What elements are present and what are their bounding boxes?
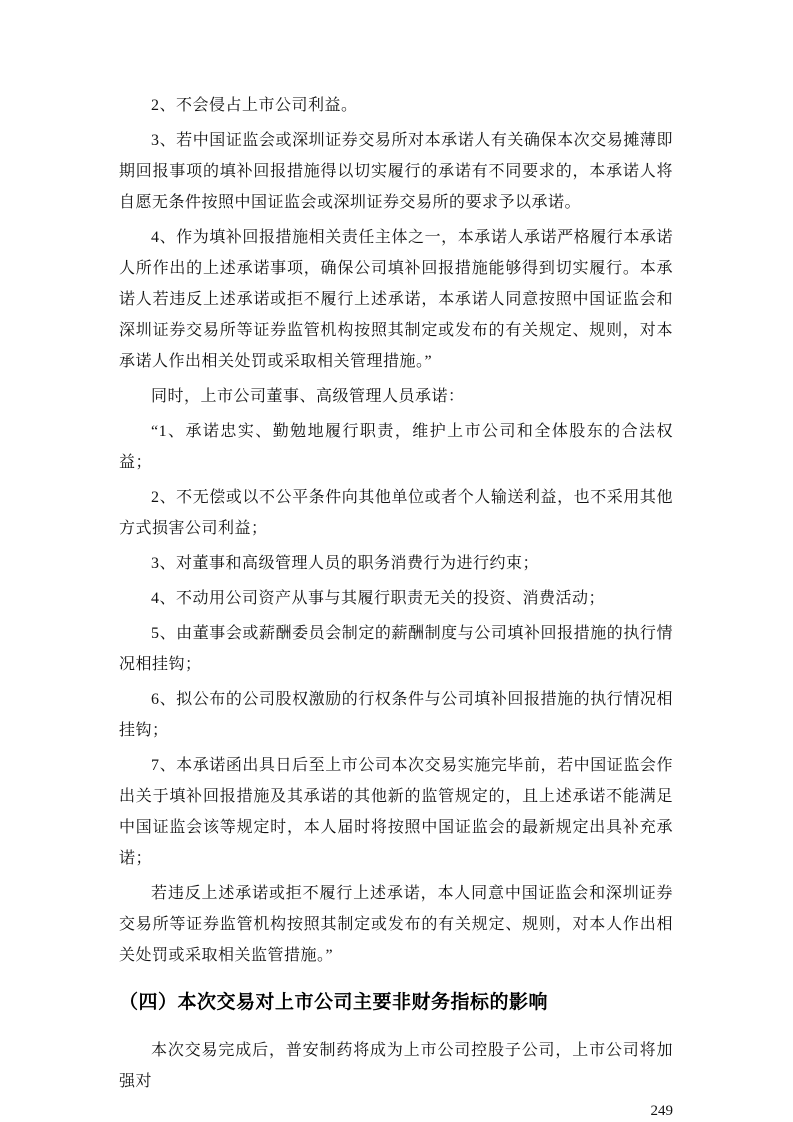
closing-paragraph: 本次交易完成后，普安制药将成为上市公司控股子公司，上市公司将加强对	[119, 1035, 673, 1097]
body-paragraph: 7、本承诺函出具日后至上市公司本次交易实施完毕前，若中国证监会作出关于填补回报措…	[119, 750, 673, 874]
body-paragraph: “1、承诺忠实、勤勉地履行职责，维护上市公司和全体股东的合法权益；	[119, 416, 673, 478]
page-number: 249	[119, 1101, 673, 1121]
page-content: 2、不会侵占上市公司利益。 3、若中国证监会或深圳证券交易所对本承诺人有关确保本…	[0, 0, 793, 1121]
body-paragraph: 2、不会侵占上市公司利益。	[119, 90, 673, 121]
body-paragraph: 2、不无偿或以不公平条件向其他单位或者个人输送利益，也不采用其他方式损害公司利益…	[119, 482, 673, 544]
body-paragraph: 4、不动用公司资产从事与其履行职责无关的投资、消费活动；	[119, 583, 673, 614]
body-paragraph: 同时，上市公司董事、高级管理人员承诺：	[119, 381, 673, 412]
body-paragraph: 6、拟公布的公司股权激励的行权条件与公司填补回报措施的执行情况相挂钩；	[119, 684, 673, 746]
body-paragraph: 5、由董事会或薪酬委员会制定的薪酬制度与公司填补回报措施的执行情况相挂钩；	[119, 618, 673, 680]
body-paragraph: 3、对董事和高级管理人员的职务消费行为进行约束；	[119, 548, 673, 579]
body-paragraph: 4、作为填补回报措施相关责任主体之一，本承诺人承诺严格履行本承诺人所作出的上述承…	[119, 222, 673, 377]
section-heading: （四）本次交易对上市公司主要非财务指标的影响	[119, 989, 673, 1017]
body-paragraph: 若违反上述承诺或拒不履行上述承诺，本人同意中国证监会和深圳证券交易所等证券监管机…	[119, 878, 673, 971]
document-page: 2、不会侵占上市公司利益。 3、若中国证监会或深圳证券交易所对本承诺人有关确保本…	[0, 0, 793, 1122]
body-paragraph: 3、若中国证监会或深圳证券交易所对本承诺人有关确保本次交易摊薄即期回报事项的填补…	[119, 125, 673, 218]
